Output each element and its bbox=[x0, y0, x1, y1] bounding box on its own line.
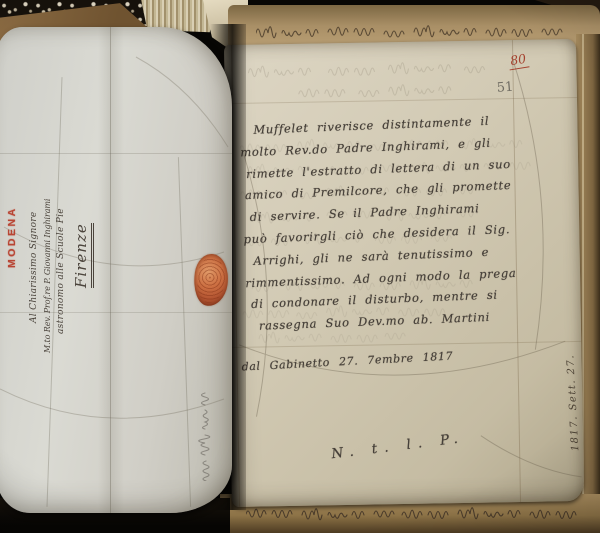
address-recipient: M.to Rev. Prof.re P. Giovanni Inghirami bbox=[43, 189, 52, 353]
address-institution: astronomo alle Scuole Pie bbox=[56, 189, 66, 334]
letter-text-block: Muffelet riverisce distintamente il molt… bbox=[239, 108, 579, 339]
wax-seal bbox=[191, 252, 232, 308]
margin-date-annotation: 1817. Sett. 27. bbox=[564, 327, 583, 477]
modena-postmark: MODENA bbox=[6, 212, 22, 268]
faint-vertical-script bbox=[196, 385, 212, 481]
address-city: Firenze bbox=[72, 223, 94, 288]
address-honorific: Al Chiarissimo Signore bbox=[29, 189, 39, 323]
folded-letter-address-leaf: MODENA Al Chiarissimo Signore M.to Rev. … bbox=[0, 27, 232, 513]
letter-closing-initials: N. t. l. P. bbox=[331, 430, 466, 462]
address-block: Al Chiarissimo Signore M.to Rev. Prof.re… bbox=[29, 189, 113, 353]
photo-bound-manuscript-volume: 80 51 Muffelet riverisce distintamente i… bbox=[0, 0, 600, 533]
archival-number-pencil: 51 bbox=[496, 80, 514, 96]
right-page-letter: 80 51 Muffelet riverisce distintamente i… bbox=[224, 39, 584, 507]
letter-dateline: dal Gabinetto 27. 7embre 1817 bbox=[241, 349, 453, 373]
fold-crease bbox=[229, 341, 581, 348]
fold-crease bbox=[225, 97, 577, 104]
fold-crease bbox=[178, 157, 191, 507]
archival-number-red: 80 bbox=[507, 51, 529, 71]
